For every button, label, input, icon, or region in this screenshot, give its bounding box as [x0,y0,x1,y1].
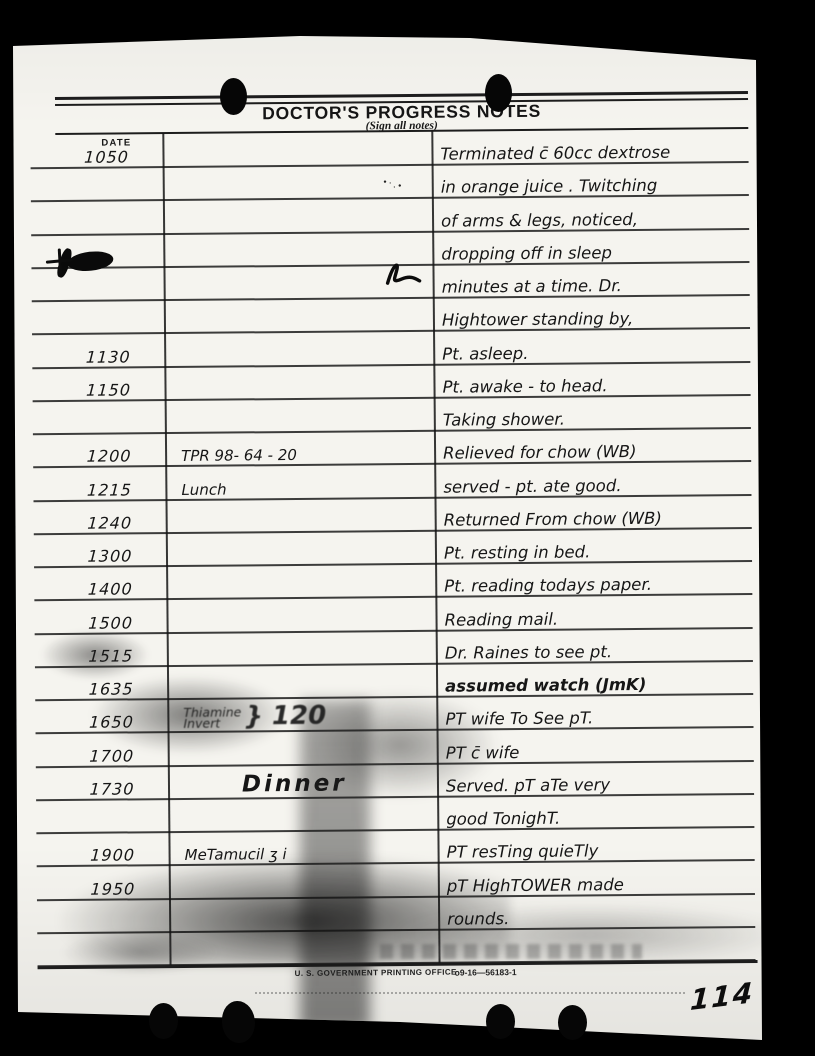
note-cell: served - pt. ate good. [443,466,753,496]
date-cell: 1650 [89,704,171,732]
note-cell: PT c̄ wife [446,732,756,762]
note-cell: Pt. asleep. [442,333,752,363]
pencil-dots-artifact: •·.• [382,177,405,193]
note-cell: Pt. awake - to head. [442,367,752,397]
date-cell: 1515 [88,638,170,666]
date-cell: 1400 [87,571,169,599]
date-cell: 1150 [86,372,168,400]
hole-punch-icon [222,1001,255,1043]
footer-code: o9-16—56183-1 [455,967,517,978]
hole-punch-icon [558,1005,587,1040]
med-cell: Lunch [181,469,426,498]
note-cell: Relieved for chow (WB) [443,433,753,463]
ink-blot [66,249,114,273]
note-cell: Dr. Raines to see pt. [445,633,755,663]
note-cell: Terminated c̄ 60cc dextrose [440,134,750,164]
note-cell: of arms & legs, noticed, [441,200,751,230]
progress-table: 1050Terminated c̄ 60cc dextrosein orange… [0,0,814,1]
scan-dash-artifact [255,992,685,994]
note-cell: rounds. [447,899,757,929]
date-cell: 1700 [89,738,171,766]
date-cell: 1635 [88,671,170,699]
note-cell: PT resTing quieTly [446,832,756,862]
notes-column-line [431,131,440,965]
paper-sheet: DOCTOR'S PROGRESS NOTES (Sign all notes)… [0,0,815,1056]
note-cell: PT wife To See pT. [445,699,755,729]
note-cell: Pt. resting in bed. [444,533,754,563]
note-cell: Returned From chow (WB) [444,500,754,530]
note-cell: pT HighTOWER made [447,865,757,895]
scanned-page: DOCTOR'S PROGRESS NOTES (Sign all notes)… [0,0,815,1056]
date-cell: 1240 [87,505,169,533]
footer-printer: U. S. GOVERNMENT PRINTING OFFICE [295,968,457,978]
note-cell: good TonighT. [446,799,756,829]
med-cell: MeTamucil ʒ i [184,835,429,864]
note-cell: assumed watch (JmK) [445,666,755,696]
date-cell: 1130 [85,339,167,367]
med-cell: TPR 98- 64 - 20 [181,436,426,465]
date-cell: 1730 [89,771,171,799]
date-cell: 1050 [84,139,166,167]
date-cell: 1300 [87,538,169,566]
note-cell: minutes at a time. Dr. [441,267,751,297]
hole-punch-icon [485,74,512,112]
hole-punch-icon [486,1004,515,1039]
note-cell: Taking shower. [443,400,753,430]
hole-punch-icon [149,1003,178,1039]
date-cell: 1200 [86,438,168,466]
date-cell: 1950 [90,871,172,899]
note-cell: in orange juice . Twitching [441,167,751,197]
note-cell: Served. pT aTe very [446,766,756,796]
date-cell: 1500 [88,605,170,633]
date-cell: 1900 [90,837,172,865]
form-content: DOCTOR'S PROGRESS NOTES (Sign all notes)… [0,0,815,1056]
med-cell: ThiamineInvert} 120 [183,702,428,731]
illegible-stamp-smudge [380,944,642,959]
note-cell: dropping off in sleep [441,234,751,264]
hole-punch-icon [220,78,247,115]
note-cell: Pt. reading todays paper. [444,566,754,596]
date-cell: 1215 [87,472,169,500]
note-cell: Hightower standing by, [442,300,752,330]
note-cell: Reading mail. [444,599,754,629]
row-rule [37,926,755,934]
